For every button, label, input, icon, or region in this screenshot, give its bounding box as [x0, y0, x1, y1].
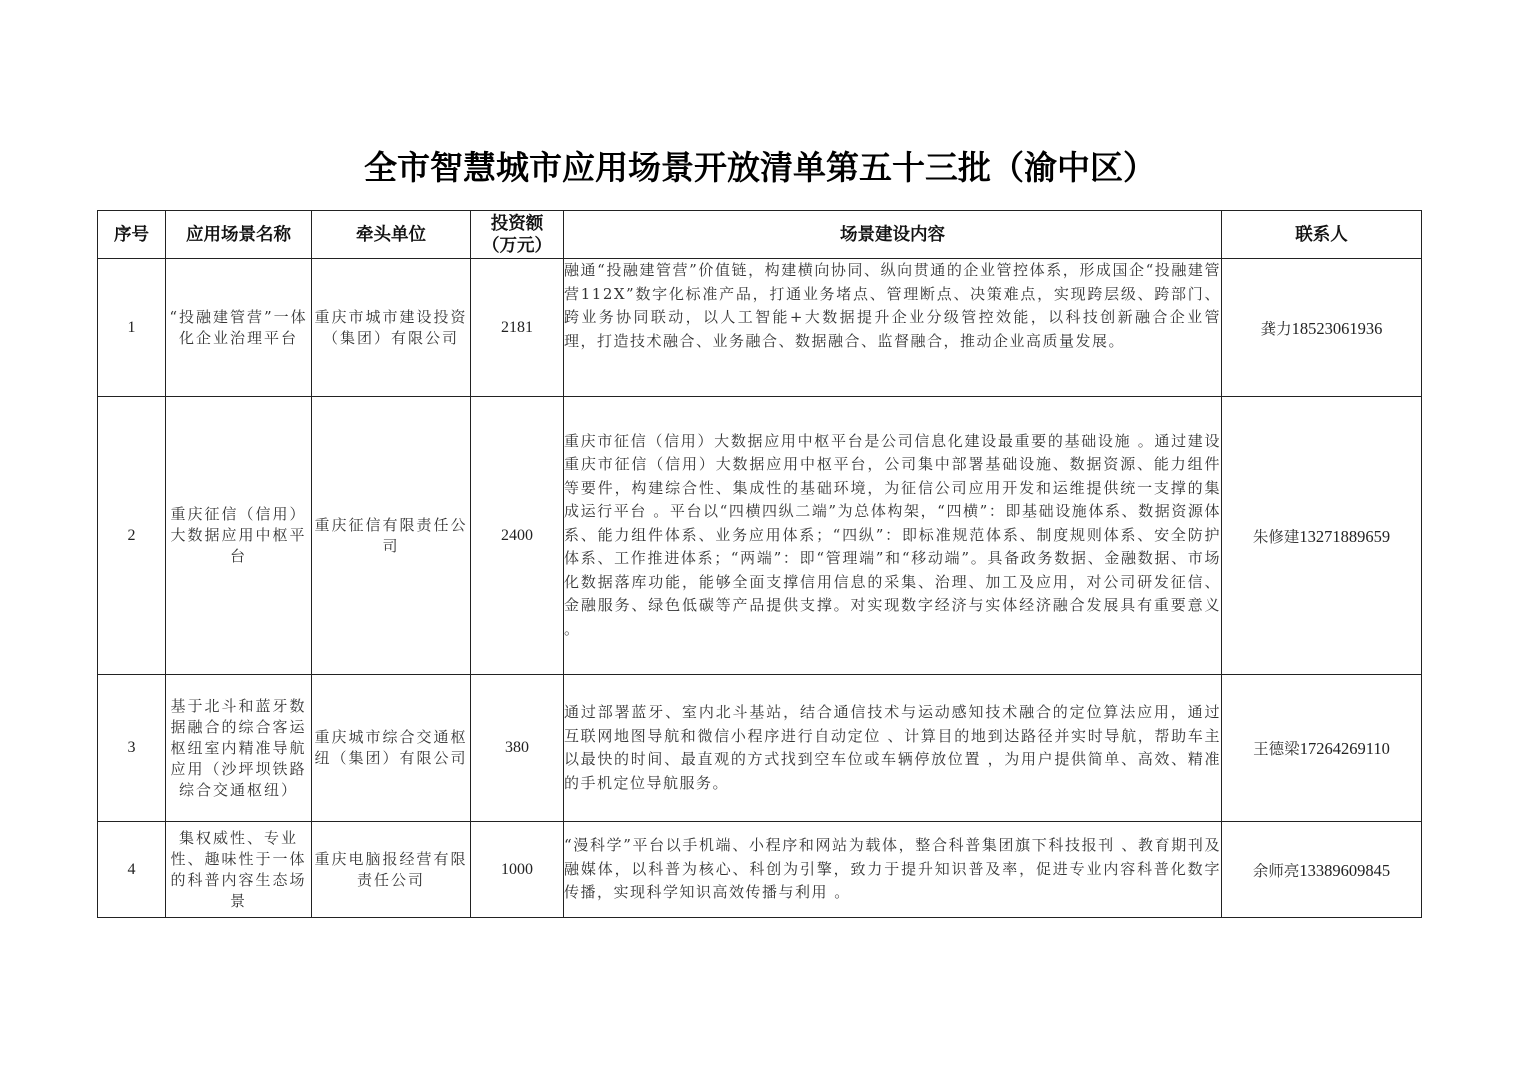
header-content: 场景建设内容 — [564, 211, 1222, 259]
table-row: 1 “投融建管营”一体化企业治理平台 重庆市城市建设投资（集团）有限公司 218… — [98, 259, 1422, 397]
scenario-list-table: 序号 应用场景名称 牵头单位 投资额 （万元） 场景建设内容 联系人 1 “投融… — [97, 210, 1422, 918]
cell-contact: 龚力18523061936 — [1222, 259, 1422, 397]
contact-name: 余师亮 — [1253, 862, 1300, 880]
header-seq: 序号 — [98, 211, 166, 259]
cell-content: 重庆市征信（信用）大数据应用中枢平台是公司信息化建设最重要的基础设施 。通过建设… — [564, 397, 1222, 675]
cell-seq: 4 — [98, 822, 166, 918]
cell-scenario-name: 集权威性、专业性、趣味性于一体的科普内容生态场景 — [166, 822, 312, 918]
contact-phone: 13389609845 — [1299, 861, 1390, 880]
cell-scenario-name: 重庆征信（信用）大数据应用中枢平台 — [166, 397, 312, 675]
contact-name: 朱修建 — [1253, 528, 1300, 546]
header-investment-line1: 投资额 — [471, 213, 563, 235]
cell-scenario-name: 基于北斗和蓝牙数据融合的综合客运枢纽室内精准导航应用（沙坪坝铁路综合交通枢纽） — [166, 675, 312, 822]
content-text: 重庆市征信（信用）大数据应用中枢平台是公司信息化建设最重要的基础设施 。通过建设… — [564, 430, 1221, 642]
table-row: 2 重庆征信（信用）大数据应用中枢平台 重庆征信有限责任公司 2400 重庆市征… — [98, 397, 1422, 675]
header-contact: 联系人 — [1222, 211, 1422, 259]
cell-lead-org: 重庆征信有限责任公司 — [312, 397, 471, 675]
page-title: 全市智慧城市应用场景开放清单第五十三批（渝中区） — [0, 142, 1520, 189]
content-text: 通过部署蓝牙、室内北斗基站，结合通信技术与运动感知技术融合的定位算法应用，通过互… — [564, 675, 1221, 795]
contact-phone: 13271889659 — [1299, 527, 1390, 546]
cell-seq: 3 — [98, 675, 166, 822]
header-lead-org: 牵头单位 — [312, 211, 471, 259]
contact-name: 王德梁 — [1253, 740, 1300, 758]
contact-name: 龚力 — [1261, 320, 1292, 338]
header-scenario-name: 应用场景名称 — [166, 211, 312, 259]
cell-investment: 2181 — [471, 259, 564, 397]
cell-lead-org: 重庆电脑报经营有限责任公司 — [312, 822, 471, 918]
content-text: “漫科学”平台以手机端、小程序和网站为载体，整合科普集团旗下科技报刊 、教育期刊… — [564, 822, 1221, 905]
header-investment-line2: （万元） — [471, 235, 563, 257]
table-header-row: 序号 应用场景名称 牵头单位 投资额 （万元） 场景建设内容 联系人 — [98, 211, 1422, 259]
header-investment: 投资额 （万元） — [471, 211, 564, 259]
cell-content: 通过部署蓝牙、室内北斗基站，结合通信技术与运动感知技术融合的定位算法应用，通过互… — [564, 675, 1222, 822]
cell-contact: 余师亮13389609845 — [1222, 822, 1422, 918]
cell-lead-org: 重庆市城市建设投资（集团）有限公司 — [312, 259, 471, 397]
cell-contact: 朱修建13271889659 — [1222, 397, 1422, 675]
cell-investment: 380 — [471, 675, 564, 822]
cell-seq: 2 — [98, 397, 166, 675]
cell-lead-org: 重庆城市综合交通枢纽（集团）有限公司 — [312, 675, 471, 822]
cell-content: “漫科学”平台以手机端、小程序和网站为载体，整合科普集团旗下科技报刊 、教育期刊… — [564, 822, 1222, 918]
cell-seq: 1 — [98, 259, 166, 397]
content-text: 融通“投融建管营”价值链，构建横向协同、纵向贯通的企业管控体系，形成国企“投融建… — [564, 259, 1221, 353]
cell-investment: 2400 — [471, 397, 564, 675]
cell-contact: 王德梁17264269110 — [1222, 675, 1422, 822]
contact-phone: 17264269110 — [1300, 739, 1390, 758]
cell-scenario-name: “投融建管营”一体化企业治理平台 — [166, 259, 312, 397]
cell-investment: 1000 — [471, 822, 564, 918]
table-row: 4 集权威性、专业性、趣味性于一体的科普内容生态场景 重庆电脑报经营有限责任公司… — [98, 822, 1422, 918]
cell-content: 融通“投融建管营”价值链，构建横向协同、纵向贯通的企业管控体系，形成国企“投融建… — [564, 259, 1222, 397]
table-row: 3 基于北斗和蓝牙数据融合的综合客运枢纽室内精准导航应用（沙坪坝铁路综合交通枢纽… — [98, 675, 1422, 822]
contact-phone: 18523061936 — [1292, 319, 1383, 338]
